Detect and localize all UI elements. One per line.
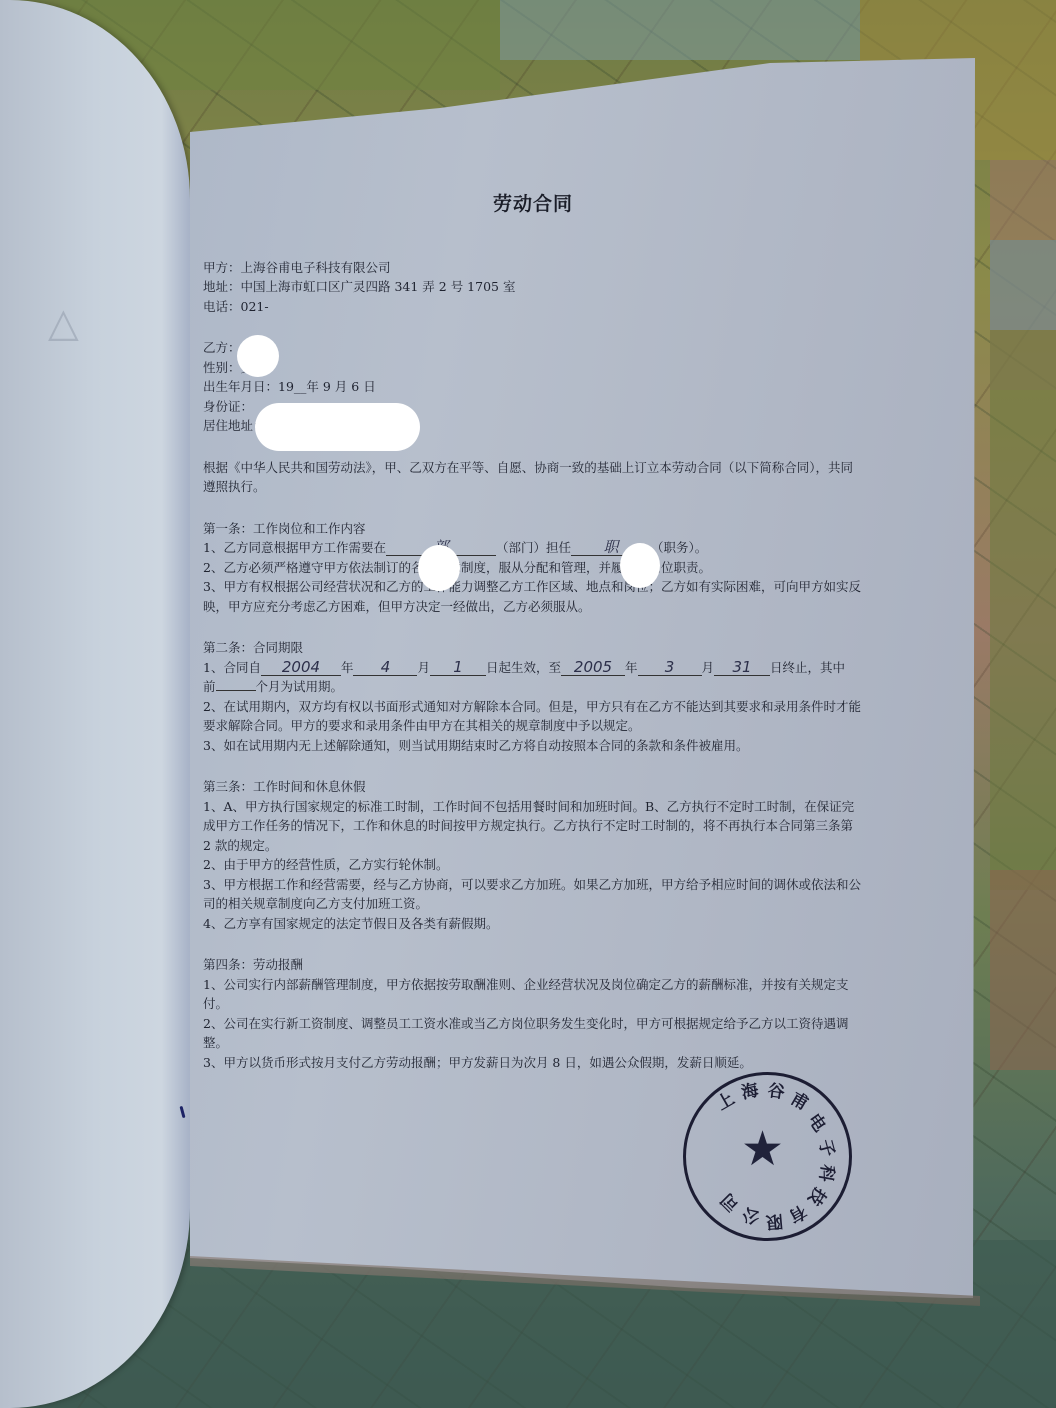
article-4-item-3: 3、甲方以货币形式按月支付乙方劳动报酬；甲方发薪日为次月 8 日，如遇公众假期，… (203, 1053, 863, 1073)
article-3-heading: 第三条：工作时间和休息休假 (203, 777, 863, 797)
article-3-item-3: 3、甲方根据工作和经营需要，经与乙方协商，可以要求乙方加班。如果乙方加班，甲方给… (203, 875, 863, 914)
item-text: 前 (203, 679, 216, 694)
start-year: 2004 (261, 659, 341, 676)
map-region (990, 240, 1056, 330)
document-title: 劳动合同 (203, 195, 863, 215)
article-3: 第三条：工作时间和休息休假 1、A、甲方执行国家规定的标准工时制，工作时间不包括… (203, 777, 863, 933)
article-2: 第二条：合同期限 1、合同自2004年4月1日起生效，至2005年3月31日终止… (203, 638, 863, 755)
contract-body: 劳动合同 甲方：上海谷甫电子科技有限公司 地址：中国上海市虹口区广灵四路 341… (203, 195, 863, 1072)
article-1: 第一条：工作岗位和工作内容 1、乙方同意根据甲方工作需要在部（部门）担任职（职务… (203, 519, 863, 617)
preamble: 根据《中华人民共和国劳动法》，甲、乙双方在平等、自愿、协商一致的基础上订立本劳动… (203, 458, 863, 497)
probation-months-blank (216, 678, 256, 691)
item-text: 月 (702, 660, 715, 675)
article-4-heading: 第四条：劳动报酬 (203, 955, 863, 975)
article-4-item-1: 1、公司实行内部薪酬管理制度，甲方依据按劳取酬准则、企业经营状况及岗位确定乙方的… (203, 975, 863, 1014)
seal-star-icon: ★ (741, 1125, 784, 1173)
item-text: （部门）担任 (496, 540, 571, 555)
redaction-department (418, 545, 460, 591)
article-1-item-3: 3、甲方有权根据公司经营状况和乙方的工作能力调整乙方工作区域、地点和岗位；乙方如… (203, 577, 863, 616)
party-b-birth: 出生年月日：19__年 9 月 6 日 (203, 377, 863, 397)
start-month: 4 (353, 659, 417, 676)
map-region (500, 0, 860, 60)
start-day: 1 (430, 659, 486, 676)
map-region (990, 870, 1056, 1070)
article-2-item-3: 3、如在试用期内无上述解除通知，则当试用期结束时乙方将自动按照本合同的条款和条件… (203, 736, 863, 756)
item-text: 个月为试用期。 (256, 679, 344, 694)
article-2-item-2: 2、在试用期内，双方均有权以书面形式通知对方解除本合同。但是，甲方只有在乙方不能… (203, 697, 863, 736)
item-text: 1、合同自 (203, 660, 261, 675)
article-1-item-1: 1、乙方同意根据甲方工作需要在部（部门）担任职（职务）。 (203, 538, 863, 558)
party-b-gender: 性别：女 (203, 358, 863, 378)
article-2-item-1-probation: 前个月为试用期。 (203, 677, 863, 697)
article-4-item-2: 2、公司在实行新工资制度、调整员工工资水准或当乙方岗位职务发生变化时，甲方可根据… (203, 1014, 863, 1053)
left-page: △ (0, 0, 190, 1408)
article-2-item-1: 1、合同自2004年4月1日起生效，至2005年3月31日终止，其中 (203, 658, 863, 678)
end-year: 2005 (561, 659, 625, 676)
item-text: 日起生效，至 (486, 660, 561, 675)
party-a-block: 甲方：上海谷甫电子科技有限公司 地址：中国上海市虹口区广灵四路 341 弄 2 … (203, 258, 863, 317)
redaction-name (237, 335, 279, 377)
item-text: （职务）。 (651, 540, 707, 555)
article-4: 第四条：劳动报酬 1、公司实行内部薪酬管理制度，甲方依据按劳取酬准则、企业经营状… (203, 955, 863, 1072)
article-1-heading: 第一条：工作岗位和工作内容 (203, 519, 863, 539)
article-2-heading: 第二条：合同期限 (203, 638, 863, 658)
watermark-glyph: △ (48, 300, 79, 346)
item-text: 年 (625, 660, 638, 675)
party-a-address: 地址：中国上海市虹口区广灵四路 341 弄 2 号 1705 室 (203, 277, 863, 297)
article-1-item-2: 2、乙方必须严格遵守甲方依法制订的各项规章制度，服从分配和管理，并履行本岗位职责… (203, 558, 863, 578)
redaction-id (255, 403, 420, 451)
item-text: 1、乙方同意根据甲方工作需要在 (203, 540, 386, 555)
map-region (990, 330, 1056, 890)
party-b-name: 乙方： (203, 338, 863, 358)
item-text: 月 (417, 660, 430, 675)
end-month: 3 (638, 659, 702, 676)
article-3-item-4: 4、乙方享有国家规定的法定节假日及各类有薪假期。 (203, 914, 863, 934)
end-day: 31 (714, 659, 770, 676)
party-a-phone: 电话：021- (203, 297, 863, 317)
redaction-position (620, 543, 660, 588)
party-a-name: 甲方：上海谷甫电子科技有限公司 (203, 258, 863, 278)
company-seal: 上 海 谷 甫 电 子 科 技 有 限 公 司 ★ (683, 1072, 852, 1241)
item-text: 年 (341, 660, 354, 675)
article-3-item-2: 2、由于甲方的经营性质，乙方实行轮休制。 (203, 855, 863, 875)
article-3-item-1: 1、A、甲方执行国家规定的标准工时制，工作时间不包括用餐时间和加班时间。B、乙方… (203, 797, 863, 856)
item-text: 日终止，其中 (770, 660, 845, 675)
